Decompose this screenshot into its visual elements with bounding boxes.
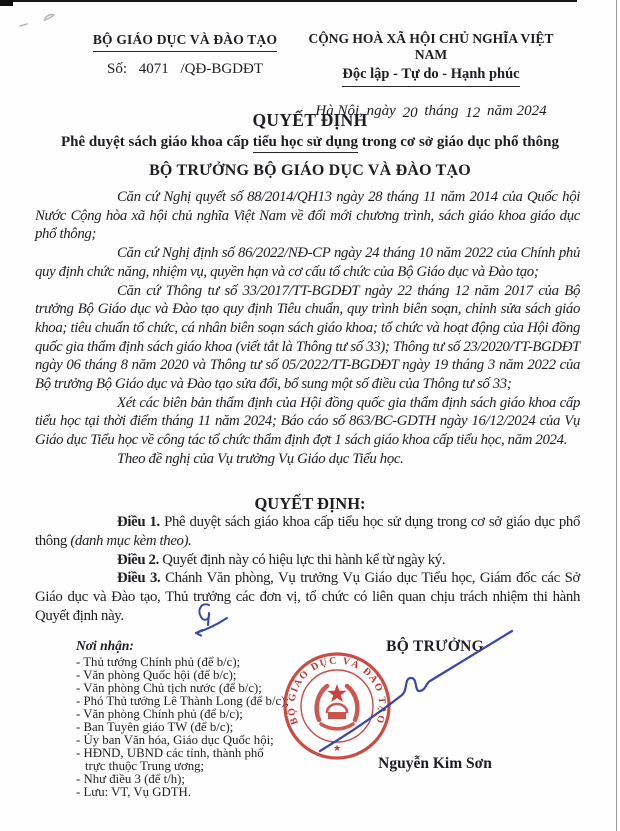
signature	[180, 598, 530, 773]
article-2-text: Quyết định này có hiệu lực thi hành kể t…	[159, 552, 445, 568]
preamble-paragraph: Căn cứ Thông tư số 33/2017/TT-BGDĐT ngày…	[35, 282, 580, 394]
approval-mark	[199, 604, 209, 625]
article-2-label: Điều 2.	[117, 552, 159, 568]
doc-number-value: 4071	[139, 61, 169, 77]
article-2: Điều 2. Quyết định này có hiệu lực thi h…	[35, 551, 580, 570]
article-1-annex-note: (danh mục kèm theo).	[70, 533, 191, 549]
doc-subtitle-underlined: tiểu học sử dụng	[253, 134, 358, 153]
preamble-paragraph: Căn cứ Nghị quyết số 88/2014/QH13 ngày 2…	[35, 188, 580, 244]
doc-number-label: Số:	[107, 61, 127, 77]
preamble-paragraph: Căn cứ Nghị định số 86/2022/NĐ-CP ngày 2…	[35, 244, 580, 281]
header-issuing-org: BỘ GIÁO DỤC VÀ ĐÀO TẠO Số: 4071 /QĐ-BGDĐ…	[60, 31, 310, 78]
pencil-mark-icon	[12, 6, 72, 34]
approval-flick	[196, 618, 227, 636]
decision-heading: QUYẾT ĐỊNH:	[0, 494, 620, 514]
national-motto: Độc lập - Tự do - Hạnh phúc	[342, 66, 519, 87]
recipient-item: - Lưu: VT, Vụ GDTH.	[76, 786, 289, 799]
issuer-title: BỘ TRƯỞNG BỘ GIÁO DỤC VÀ ĐÀO TẠO	[0, 162, 620, 180]
signature-stroke	[320, 631, 512, 751]
article-1-label: Điều 1.	[117, 514, 160, 530]
org-name: BỘ GIÁO DỤC VÀ ĐÀO TẠO	[93, 32, 277, 52]
header-national: CỘNG HOÀ XÃ HỘI CHỦ NGHĨA VIỆT NAM Độc l…	[292, 31, 570, 120]
recipient-item: - Như điều 3 (để t/h);	[76, 773, 289, 786]
doc-title: QUYẾT ĐỊNH	[0, 110, 620, 131]
document-page: BỘ GIÁO DỤC VÀ ĐÀO TẠO Số: 4071 /QĐ-BGDĐ…	[0, 0, 620, 831]
preamble-paragraph: Theo đề nghị của Vụ trưởng Vụ Giáo dục T…	[35, 450, 580, 469]
title-block: QUYẾT ĐỊNH Phê duyệt sách giáo khoa cấp …	[0, 110, 620, 151]
doc-subtitle-post: trong cơ sở giáo dục phổ thông	[358, 134, 559, 150]
article-3-label: Điều 3.	[117, 570, 160, 586]
doc-subtitle-pre: Phê duyệt sách giáo khoa cấp	[61, 134, 253, 150]
article-1: Điều 1. Phê duyệt sách giáo khoa cấp tiể…	[35, 513, 580, 551]
doc-number: Số: 4071 /QĐ-BGDĐT	[60, 61, 310, 78]
country-name: CỘNG HOÀ XÃ HỘI CHỦ NGHĨA VIỆT NAM	[292, 31, 570, 63]
recipients-label: Nơi nhận:	[76, 638, 134, 654]
doc-number-suffix: /QĐ-BGDĐT	[181, 61, 264, 77]
preamble-paragraph: Xét các biên bản thẩm định của Hội đồng …	[35, 394, 580, 450]
scan-edge-top	[0, 0, 577, 2]
preamble: Căn cứ Nghị quyết số 88/2014/QH13 ngày 2…	[35, 188, 580, 469]
doc-subtitle: Phê duyệt sách giáo khoa cấp tiểu học sử…	[0, 134, 620, 151]
